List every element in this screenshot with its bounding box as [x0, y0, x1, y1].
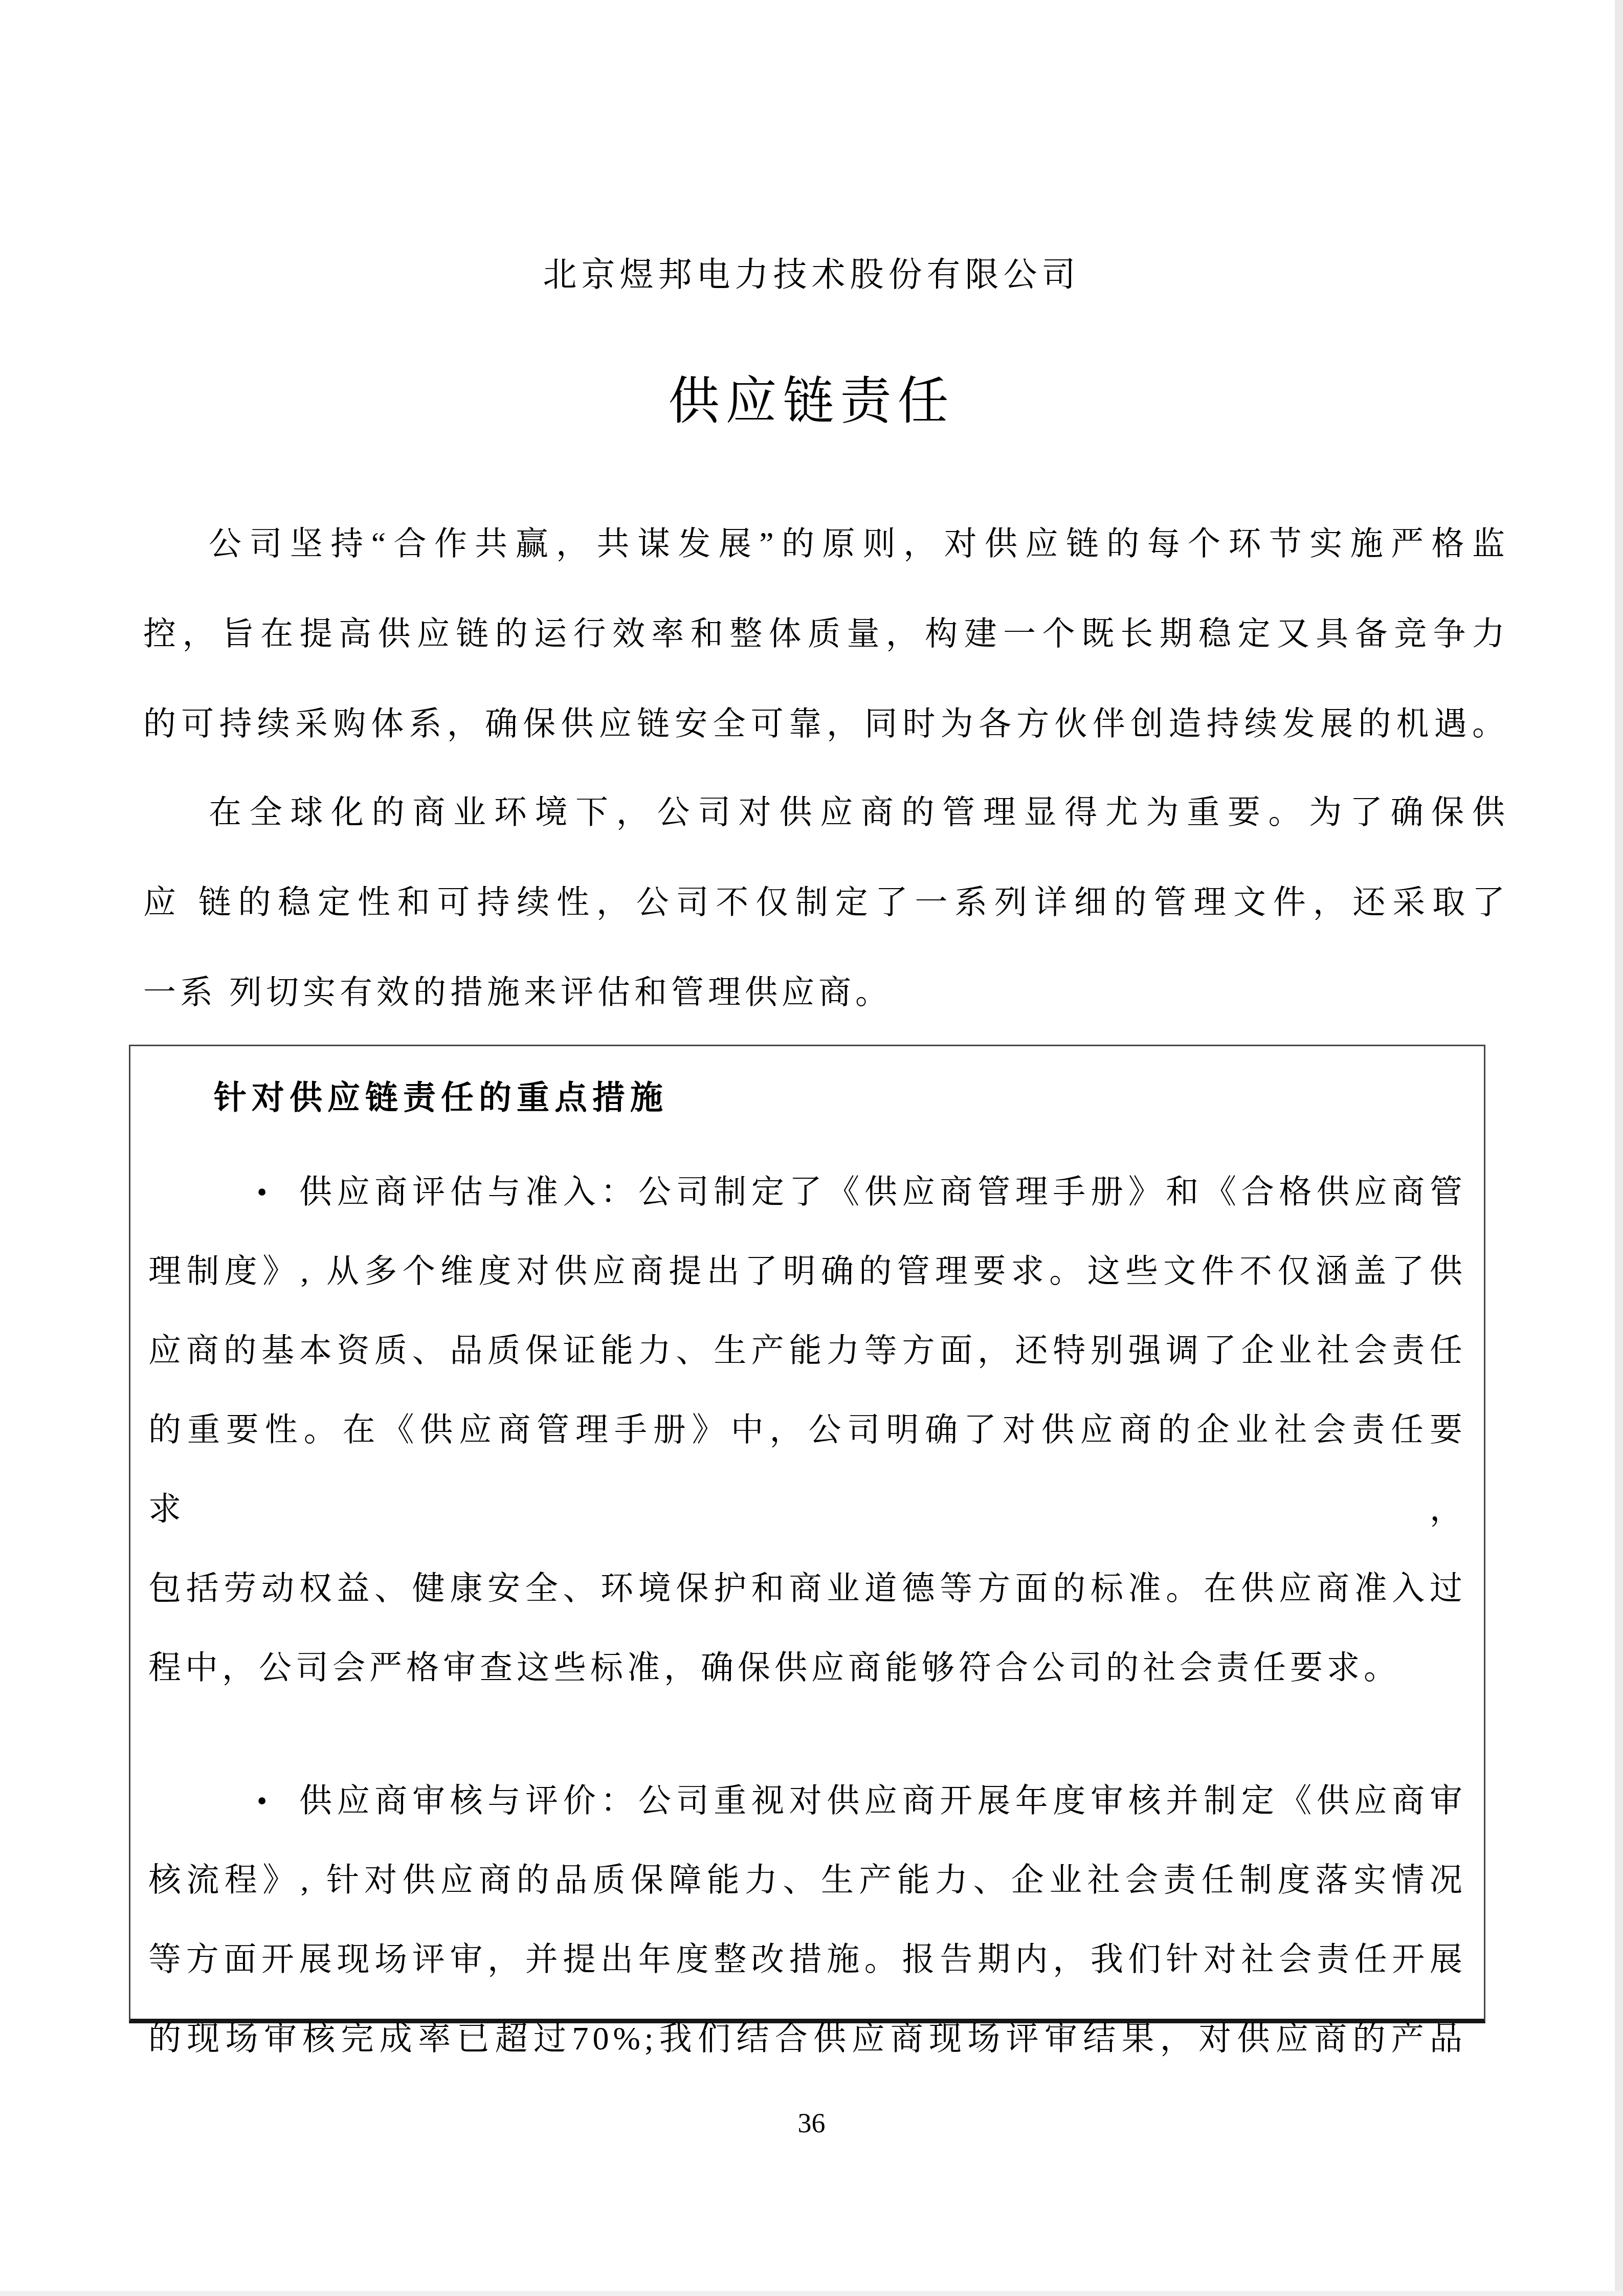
bullet-line: 供应商评估与准入：公司制定了《供应商管理手册》和《合格供应商管 — [148, 1152, 1466, 1231]
bullet-item-supplier-evaluation: • 供应商评估与准入：公司制定了《供应商管理手册》和《合格供应商管 理制度》, … — [148, 1152, 1466, 1707]
bullet-line: 理制度》, 从多个维度对供应商提出了明确的管理要求。这些文件不仅涵盖了供 — [148, 1231, 1466, 1311]
bullet-line: 包括劳动权益、健康安全、环境保护和商业道德等方面的标准。在供应商准入过 — [148, 1549, 1466, 1628]
paragraph-line: 公司坚持“合作共赢，共谋发展”的原则，对供应链的每个环节实施严格监 — [143, 499, 1509, 589]
page-number: 36 — [0, 2107, 1623, 2139]
bullet-line: 应商的基本资质、品质保证能力、生产能力等方面，还特别强调了企业社会责任 — [148, 1311, 1466, 1390]
bullet-item-supplier-audit: • 供应商审核与评价：公司重视对供应商开展年度审核并制定《供应商审 核流程》, … — [148, 1761, 1466, 2078]
bullet-icon: • — [257, 1761, 267, 1840]
paragraph-line: 控，旨在提高供应链的运行效率和整体质量，构建一个既长期稳定又具备竞争力 — [143, 589, 1509, 679]
scan-edge-right — [1615, 0, 1623, 2296]
bullet-line: 程中，公司会严格审查这些标准，确保供应商能够符合公司的社会责任要求。 — [148, 1628, 1466, 1707]
paragraph-line: 一系 列切实有效的措施来评估和管理供应商。 — [143, 947, 1509, 1037]
bullet-line: 核流程》, 针对供应商的品质保障能力、生产能力、企业社会责任制度落实情况 — [148, 1840, 1466, 1919]
company-name: 北京煜邦电力技术股份有限公司 — [0, 255, 1623, 296]
measures-box: 针对供应链责任的重点措施 • 供应商评估与准入：公司制定了《供应商管理手册》和《… — [129, 1045, 1485, 2023]
bullet-line: 的重要性。在《供应商管理手册》中，公司明确了对供应商的企业社会责任要求， — [148, 1390, 1466, 1549]
bullet-icon: • — [257, 1152, 267, 1231]
paragraph-line: 的可持续采购体系，确保供应链安全可靠，同时为各方伙伴创造持续发展的机遇。 — [143, 679, 1509, 769]
paragraph-line: 应 链的稳定性和可持续性，公司不仅制定了一系列详细的管理文件，还采取了 — [143, 857, 1509, 947]
measures-box-heading: 针对供应链责任的重点措施 — [148, 1064, 1466, 1132]
scan-edge-bottom — [0, 2291, 1623, 2296]
paragraph-1: 公司坚持“合作共赢，共谋发展”的原则，对供应链的每个环节实施严格监 控，旨在提高… — [143, 499, 1509, 769]
bullet-line: 等方面开展现场评审，并提出年度整改措施。报告期内，我们针对社会责任开展 — [148, 1919, 1466, 1999]
paragraph-2: 在全球化的商业环境下，公司对供应商的管理显得尤为重要。为了确保供 应 链的稳定性… — [143, 767, 1509, 1037]
bullet-line: 的现场审核完成率已超过70%;我们结合供应商现场评审结果，对供应商的产品 — [148, 1999, 1466, 2078]
document-page: 北京煜邦电力技术股份有限公司 供应链责任 公司坚持“合作共赢，共谋发展”的原则，… — [0, 0, 1623, 2296]
page-title: 供应链责任 — [0, 373, 1623, 430]
paragraph-line: 在全球化的商业环境下，公司对供应商的管理显得尤为重要。为了确保供 — [143, 767, 1509, 857]
bullet-line: 供应商审核与评价：公司重视对供应商开展年度审核并制定《供应商审 — [148, 1761, 1466, 1840]
